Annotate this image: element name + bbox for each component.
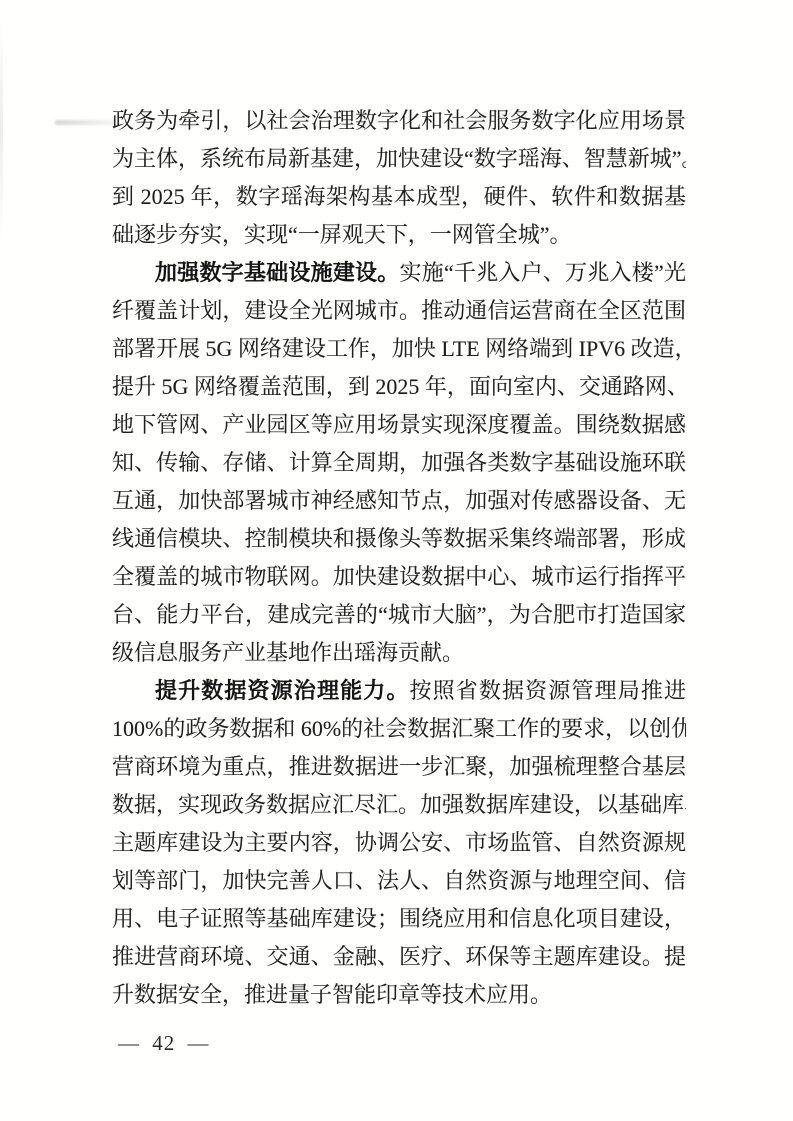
paragraph-lead-bold: 提升数据资源治理能力。 bbox=[155, 678, 410, 703]
text-line: 台、能力平台，建成完善的“城市大脑”，为合肥市打造国家 bbox=[112, 596, 686, 634]
text-line: 营商环境为重点，推进数据进一步汇聚，加强梳理整合基层 bbox=[112, 748, 686, 786]
text-line: 础逐步夯实，实现“一屏观天下，一网管全城”。 bbox=[112, 216, 686, 254]
text-line: 全覆盖的城市物联网。加快建设数据中心、城市运行指挥平 bbox=[112, 558, 686, 596]
text-line: 线通信模块、控制模块和摄像头等数据采集终端部署，形成 bbox=[112, 520, 686, 558]
text-line: 纤覆盖计划，建设全光网城市。推动通信运营商在全区范围 bbox=[112, 292, 686, 330]
page-number: — 42 — bbox=[118, 1031, 210, 1056]
text-line: 100%的政务数据和 60%的社会数据汇聚工作的要求，以创优 bbox=[112, 710, 686, 748]
text-line: 用、电子证照等基础库建设；围绕应用和信息化项目建设， bbox=[112, 900, 686, 938]
paragraph-lead-bold: 加强数字基础设施建设。 bbox=[155, 260, 400, 285]
text-line: 地下管网、产业园区等应用场景实现深度覆盖。围绕数据感 bbox=[112, 406, 686, 444]
text-line: 到 2025 年，数字瑶海架构基本成型，硬件、软件和数据基 bbox=[112, 178, 686, 216]
text-block: 政务为牵引，以社会治理数字化和社会服务数字化应用场景为主体，系统布局新基建，加快… bbox=[112, 102, 686, 1014]
text-line: 主题库建设为主要内容，协调公安、市场监管、自然资源规 bbox=[112, 824, 686, 862]
text-line: 推进营商环境、交通、金融、医疗、环保等主题库建设。提 bbox=[112, 938, 686, 976]
text-line: 级信息服务产业基地作出瑶海贡献。 bbox=[112, 634, 686, 672]
text-line: 互通，加快部署城市神经感知节点，加强对传感器设备、无 bbox=[112, 482, 686, 520]
text-line: 提升数据资源治理能力。按照省数据资源管理局推进 bbox=[112, 672, 686, 710]
text-line: 划等部门，加快完善人口、法人、自然资源与地理空间、信 bbox=[112, 862, 686, 900]
text-line: 数据，实现政务数据应汇尽汇。加强数据库建设，以基础库、 bbox=[112, 786, 686, 824]
document-page: 政务为牵引，以社会治理数字化和社会服务数字化应用场景为主体，系统布局新基建，加快… bbox=[0, 0, 793, 1121]
scan-edge-artifact bbox=[0, 20, 3, 240]
text-line: 为主体，系统布局新基建，加快建设“数字瑶海、智慧新城”。 bbox=[112, 140, 686, 178]
paragraph: 提升数据资源治理能力。按照省数据资源管理局推进100%的政务数据和 60%的社会… bbox=[112, 672, 686, 1014]
paragraph: 政务为牵引，以社会治理数字化和社会服务数字化应用场景为主体，系统布局新基建，加快… bbox=[112, 102, 686, 254]
text-line: 提升 5G 网络覆盖范围，到 2025 年，面向室内、交通路网、 bbox=[112, 368, 686, 406]
text-line: 知、传输、存储、计算全周期，加强各类数字基础设施环联 bbox=[112, 444, 686, 482]
scan-streak-artifact bbox=[55, 120, 119, 125]
text-line: 升数据安全，推进量子智能印章等技术应用。 bbox=[112, 976, 686, 1014]
paragraph: 加强数字基础设施建设。实施“千兆入户、万兆入楼”光纤覆盖计划，建设全光网城市。推… bbox=[112, 254, 686, 672]
text-line: 加强数字基础设施建设。实施“千兆入户、万兆入楼”光 bbox=[112, 254, 686, 292]
text-line: 部署开展 5G 网络建设工作，加快 LTE 网络端到 IPV6 改造， bbox=[112, 330, 686, 368]
text-line: 政务为牵引，以社会治理数字化和社会服务数字化应用场景 bbox=[112, 102, 686, 140]
